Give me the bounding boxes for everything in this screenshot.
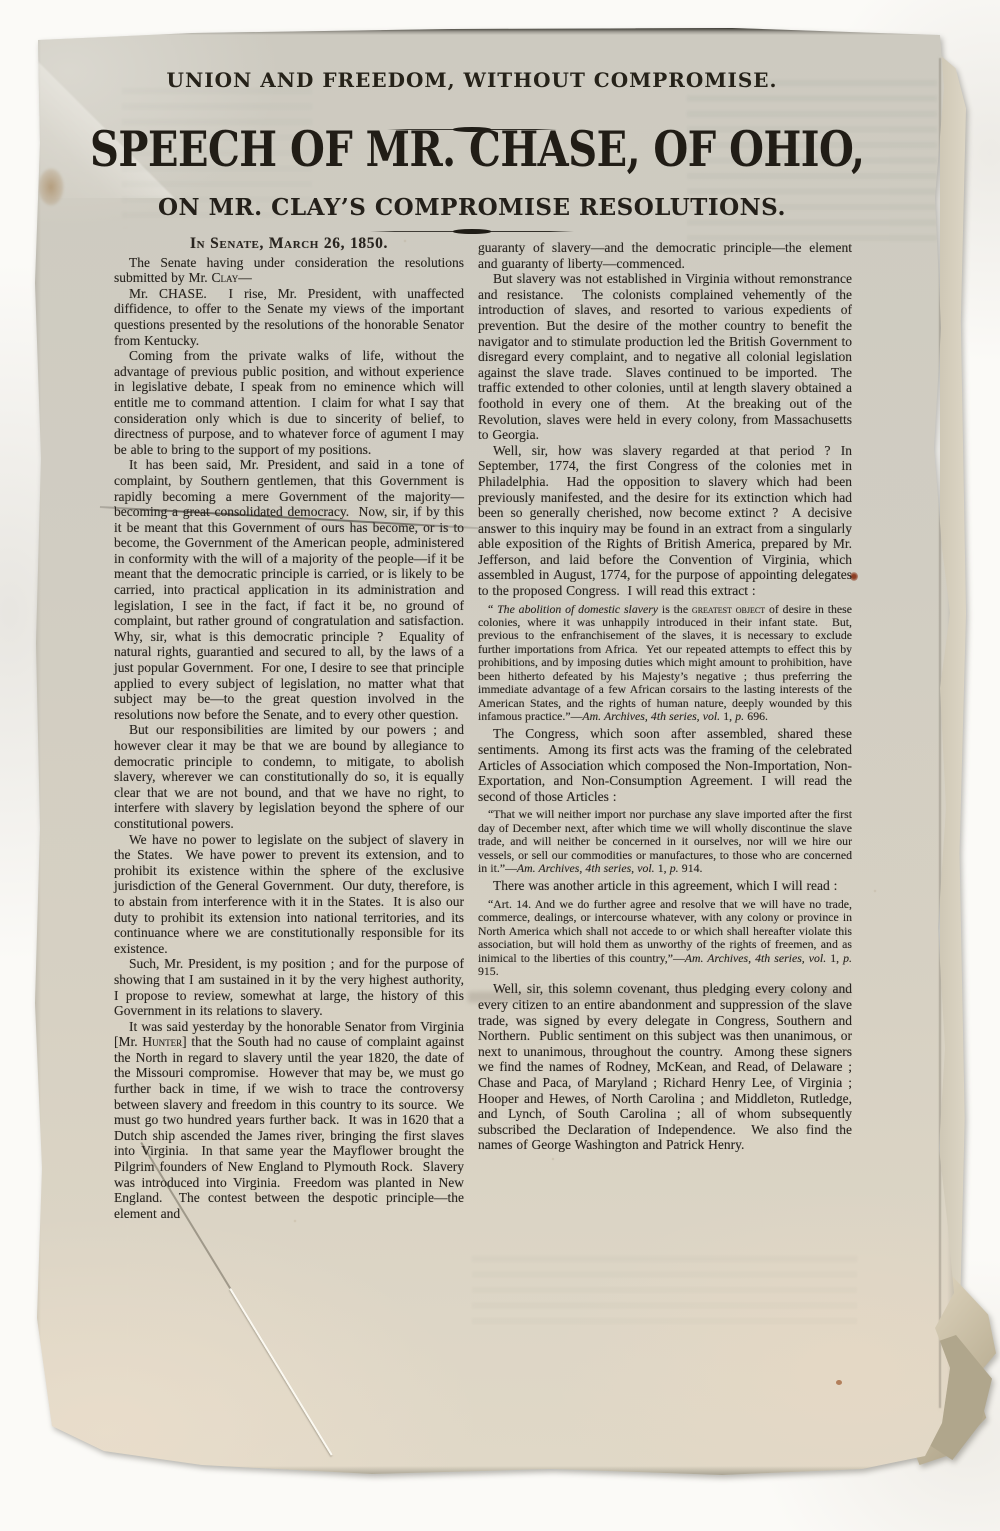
ornamental-rule [370, 228, 574, 236]
page-group: UNION AND FREEDOM, WITHOUT COMPROMISE. S… [0, 0, 1000, 1531]
foxing-specks [32, 28, 34, 30]
brown-stain [38, 168, 64, 206]
paragraph: Well, sir, how was slavery regarded at t… [478, 443, 852, 599]
pamphlet-page: UNION AND FREEDOM, WITHOUT COMPROMISE. S… [32, 28, 958, 1475]
rust-speck [836, 1380, 842, 1385]
quote-paragraph: “Art. 14. And we do further agree and re… [478, 898, 852, 978]
page-subtitle: ON MR. CLAY’S COMPROMISE RESOLUTIONS. [90, 194, 854, 222]
page-title: SPEECH OF MR. CHASE, OF OHIO, [90, 124, 854, 176]
paragraph: There was another article in this agreem… [478, 878, 852, 894]
paragraph: But slavery was not established in Virgi… [478, 271, 852, 443]
left-edge-shadow [32, 28, 41, 1475]
dateline: In Senate, March 26, 1850. [114, 236, 464, 252]
paragraph: The Senate having under consideration th… [114, 255, 464, 286]
diagonal-crease-lower [229, 1288, 333, 1456]
paragraph: guaranty of slavery—and the democratic p… [478, 240, 852, 271]
verso-show-through [472, 1256, 857, 1328]
text-column-left: In Senate, March 26, 1850.The Senate hav… [114, 236, 464, 1221]
paragraph: Coming from the private walks of life, w… [114, 348, 464, 457]
masthead: UNION AND FREEDOM, WITHOUT COMPROMISE. [90, 68, 854, 92]
paragraph: Mr. CHASE. I rise, Mr. President, with u… [114, 286, 464, 348]
paragraph: But our responsibilities are limited by … [114, 722, 464, 831]
under-sheet-edge [940, 55, 966, 1385]
paragraph: Such, Mr. President, is my position ; an… [114, 956, 464, 1018]
paragraph: It was said yesterday by the honorable S… [114, 1019, 464, 1222]
scanned-pamphlet: UNION AND FREEDOM, WITHOUT COMPROMISE. S… [0, 0, 1000, 1531]
paragraph: The Congress, which soon after assembled… [478, 726, 852, 804]
quote-paragraph: “That we will neither import nor purchas… [478, 808, 852, 875]
paragraph: We have no power to legislate on the sub… [114, 832, 464, 957]
quote-paragraph: “ The abolition of domestic slavery is t… [478, 603, 852, 724]
paragraph: Well, sir, this solemn covenant, thus pl… [478, 981, 852, 1153]
text-column-right: guaranty of slavery—and the democratic p… [478, 240, 852, 1153]
paragraph: It has been said, Mr. President, and sai… [114, 457, 464, 722]
